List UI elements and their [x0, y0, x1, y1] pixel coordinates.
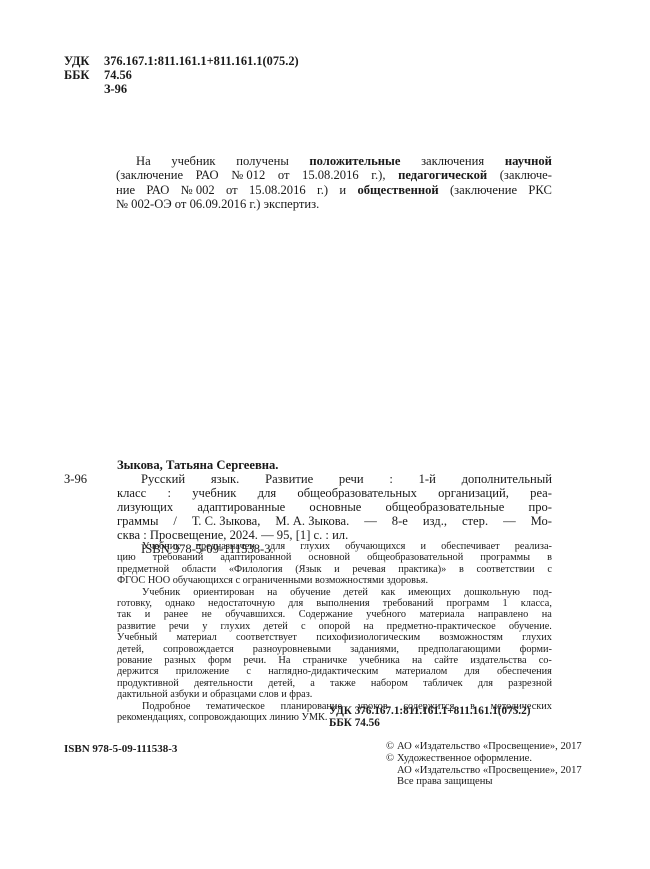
annotation-line: продуктивнойдеятельностидетей,атакженабо… [117, 678, 552, 689]
copyright-symbol: © [386, 741, 397, 753]
annotation-line: рованиеразныхформречи.Настраничкеучебник… [117, 655, 552, 666]
copyright-symbol [386, 765, 397, 777]
copyright-line: Все права защищены [386, 776, 582, 788]
entry-line: граммы/Т. С. Зыкова,М. А. Зыкова.—8-еизд… [117, 514, 552, 528]
annotation-line: детей,сопровождаетсяразноуровневымизадан… [117, 644, 552, 655]
isbn-footer: ISBN 978-5-09-111538-3 [64, 743, 177, 755]
annotation-line: развитиеречиуглухихдетейсопоройнапредмет… [117, 621, 552, 632]
udk-label: УДК [64, 54, 104, 68]
entry-line: Русскийязык.Развитиеречи:1-йдополнительн… [117, 472, 552, 486]
copyright-line: АО «Издательство «Просвещение», 2017 [386, 765, 582, 777]
entry-line: лизующихадаптированныеосновныеобщеобразо… [117, 500, 552, 514]
annotation-line: готовку,однаконедостаточнуюдлявыполнения… [117, 598, 552, 609]
approval-line: ниеРАО№ 002от15.08.2016г.)иобщественной(… [116, 183, 552, 197]
annotation-line: дактильной азбуки и образцами слов и фра… [117, 689, 552, 700]
bottom-classification-codes: УДК 376.167.1:811.161.1+811.161.1(075.2)… [329, 706, 530, 730]
copyright-text: Все права защищены [397, 776, 493, 788]
annotation-line: Учебникпредназначендляглухихобучающихсяи… [117, 541, 552, 552]
author-sign-code: З-96 [64, 472, 87, 486]
copyright-text: АО «Издательство «Просвещение», 2017 [397, 741, 582, 753]
author-name: Зыкова, Татьяна Сергеевна. [117, 458, 605, 472]
entry-line: класс:учебникдляобщеобразовательныхорган… [117, 486, 552, 500]
udk-value: 376.167.1:811.161.1+811.161.1(075.2) [104, 54, 299, 68]
copyright-symbol: © [386, 753, 397, 765]
annotation-line: предметнойобласти«Филология(Языкиречевая… [117, 564, 552, 575]
annotation-line: ФГОС НОО обучающихся с ограниченными воз… [117, 575, 552, 586]
approval-paragraph: Научебникполученыположительныезаключения… [116, 154, 552, 212]
entry-description: Русскийязык.Развитиеречи:1-йдополнительн… [117, 472, 552, 542]
bbk-value: 74.56 [104, 68, 132, 82]
bbk-label: ББК [64, 68, 104, 82]
annotation-line: Учебникориентированнаобучениедетейкакиме… [117, 587, 552, 598]
copyright-text: Художественное оформление. [397, 753, 532, 765]
copyright-line: ©Художественное оформление. [386, 753, 582, 765]
classification-codes: УДК376.167.1:811.161.1+811.161.1(075.2) … [64, 54, 299, 96]
approval-line: № 002-ОЭ от 06.09.2016 г.) экспертиз. [116, 197, 552, 211]
copyright-line: ©АО «Издательство «Просвещение», 2017 [386, 741, 582, 753]
annotation-line: Учебныйматериалсоответствуетпсихофизиоло… [117, 632, 552, 643]
copyright-symbol [386, 776, 397, 788]
annotation-line: такиранеенеобучавшихся.Содержаниеучебног… [117, 609, 552, 620]
author-sign: З-96 [104, 82, 127, 96]
annotation-line: циютребованийадаптированнойосновнойобщео… [117, 552, 552, 563]
bottom-bbk: ББК 74.56 [329, 718, 530, 730]
annotation-line: держитсяприложениеснаглядно-дидактически… [117, 666, 552, 677]
copyright-block: ©АО «Издательство «Просвещение», 2017©Ху… [386, 741, 582, 788]
approval-line: Научебникполученыположительныезаключения… [116, 154, 552, 168]
annotation: Учебникпредназначендляглухихобучающихсяи… [117, 541, 552, 724]
approval-line: (заключениеРАО№ 012от15.08.2016г.),педаг… [116, 168, 552, 182]
copyright-text: АО «Издательство «Просвещение», 2017 [397, 765, 582, 777]
